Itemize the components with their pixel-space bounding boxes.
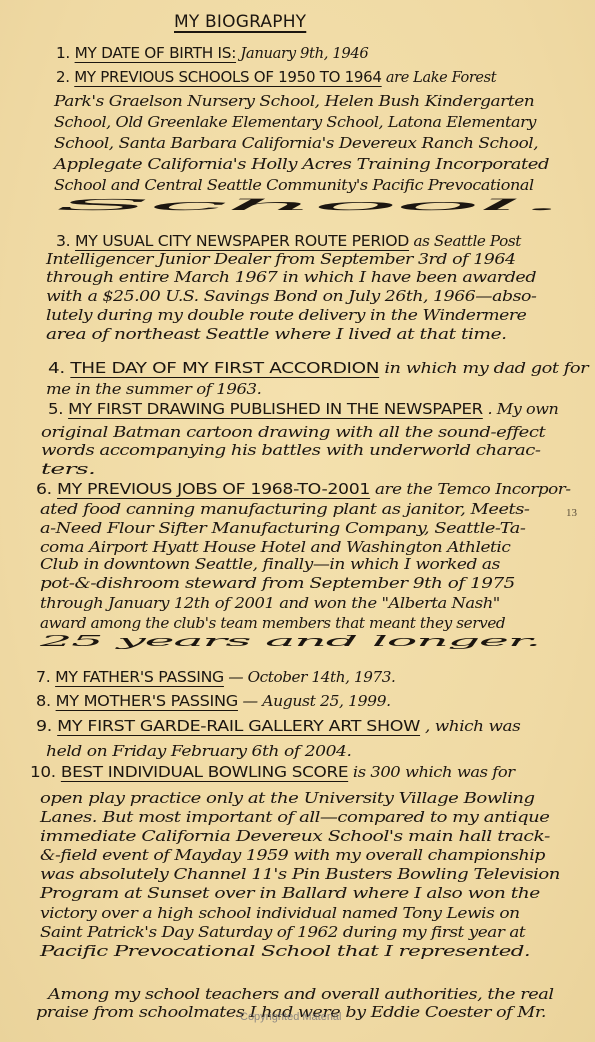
entry-text-line: School, Old Greenlake Elementary School,… — [54, 113, 536, 131]
copyright-watermark: Copyrighted Material — [240, 1011, 342, 1023]
entry-text-line: with a $25.00 U.S. Savings Bond on July … — [46, 287, 536, 305]
entry-text-line: School. — [54, 196, 561, 214]
entry-text: is 300 which was for — [348, 763, 514, 781]
entry-number: 2. — [56, 68, 74, 86]
entry-heading: MY USUAL CITY NEWSPAPER ROUTE PERIOD — [75, 232, 409, 250]
entry-text-line: area of northeast Seattle where I lived … — [46, 325, 507, 343]
entry-text: as Seattle Post — [409, 232, 521, 250]
entry-heading: MY PREVIOUS JOBS OF 1968-TO-2001 — [57, 480, 370, 498]
entry-heading-line: 6. MY PREVIOUS JOBS OF 1968-TO-2001 are … — [36, 480, 571, 498]
entry-number: 4. — [48, 359, 70, 377]
entry-text-line: through entire March 1967 in which I hav… — [46, 268, 536, 286]
entry-text: in which my dad got for — [379, 359, 588, 377]
entry-heading: THE DAY OF MY FIRST ACCORDION — [70, 359, 379, 377]
entry-heading-line: 8. MY MOTHER'S PASSING — August 25, 1999… — [36, 692, 391, 710]
entry-text-line: Park's Graelson Nursery School, Helen Bu… — [54, 92, 534, 110]
entry-number: 10. — [30, 763, 61, 781]
entry-number: 7. — [36, 668, 55, 686]
entry-text-line: Club in downtown Seattle, finally—in whi… — [40, 555, 500, 573]
entry-heading: MY MOTHER'S PASSING — [56, 692, 238, 710]
entry-heading-line: 9. MY FIRST GARDE-RAIL GALLERY ART SHOW … — [36, 717, 520, 735]
entry-heading: MY DATE OF BIRTH IS: — [75, 44, 236, 62]
entry-text-line: 25 years and longer. — [40, 632, 540, 650]
entry-text: — August 25, 1999. — [238, 692, 391, 710]
entry-number: 1. — [56, 44, 75, 62]
entry-text-line: &-field event of Mayday 1959 with my ove… — [40, 846, 545, 864]
entry-text-line: victory over a high school individual na… — [40, 904, 520, 922]
entry-text-line: award among the club's team members that… — [40, 614, 505, 632]
closing-text-line: Among my school teachers and overall aut… — [48, 985, 554, 1003]
entry-text-line: me in the summer of 1963. — [46, 380, 261, 398]
entry-text-line: pot-&-dishroom steward from September 9t… — [40, 574, 515, 592]
entry-heading-line: 4. THE DAY OF MY FIRST ACCORDION in whic… — [48, 359, 588, 377]
entry-heading: MY PREVIOUS SCHOOLS OF 1950 TO 1964 — [74, 68, 381, 86]
entry-heading-line: 5. MY FIRST DRAWING PUBLISHED IN THE NEW… — [48, 400, 558, 418]
entry-heading: BEST INDIVIDUAL BOWLING SCORE — [61, 763, 348, 781]
entry-heading-line: 2. MY PREVIOUS SCHOOLS OF 1950 TO 1964 a… — [56, 68, 496, 86]
entry-text-line: ated food canning manufacturing plant as… — [40, 500, 529, 518]
entry-text-line: through January 12th of 2001 and won the… — [40, 594, 500, 612]
entry-text-line: School and Central Seattle Community's P… — [54, 176, 534, 194]
entry-text: January 9th, 1946 — [236, 44, 368, 62]
entry-heading-line: 10. BEST INDIVIDUAL BOWLING SCORE is 300… — [30, 763, 515, 781]
entry-heading: MY FATHER'S PASSING — [55, 668, 224, 686]
page-number: 13 — [566, 507, 577, 519]
entry-number: 5. — [48, 400, 68, 418]
entry-text: — October 14th, 1973. — [224, 668, 396, 686]
entry-text-line: words accompanying his battles with unde… — [41, 441, 540, 459]
entry-number: 8. — [36, 692, 56, 710]
entry-text-line: immediate California Devereux School's m… — [40, 827, 550, 845]
entry-text-line: Lanes. But most important of all—compare… — [40, 808, 549, 826]
entry-text-line: Pacific Prevocational School that I repr… — [40, 942, 530, 960]
entry-heading: MY FIRST DRAWING PUBLISHED IN THE NEWSPA… — [68, 400, 483, 418]
entry-heading-line: 7. MY FATHER'S PASSING — October 14th, 1… — [36, 668, 395, 686]
entry-heading-line: 3. MY USUAL CITY NEWSPAPER ROUTE PERIOD … — [56, 232, 521, 250]
entry-text: are Lake Forest — [382, 68, 496, 86]
entry-heading-line: 1. MY DATE OF BIRTH IS: January 9th, 194… — [56, 44, 368, 62]
entry-number: 3. — [56, 232, 75, 250]
entry-text-line: coma Airport Hyatt House Hotel and Washi… — [40, 538, 510, 556]
entry-text-line: Saint Patrick's Day Saturday of 1962 dur… — [40, 923, 525, 941]
document-page: MY BIOGRAPHY 1. MY DATE OF BIRTH IS: Jan… — [0, 0, 595, 1042]
entry-text-line: open play practice only at the Universit… — [40, 789, 535, 807]
entry-heading: MY FIRST GARDE-RAIL GALLERY ART SHOW — [57, 717, 420, 735]
entry-text: are the Temco Incorpor- — [370, 480, 570, 498]
entry-text-line: was absolutely Channel 11's Pin Busters … — [40, 865, 560, 883]
page-title: MY BIOGRAPHY — [174, 12, 306, 32]
entry-number: 9. — [36, 717, 57, 735]
entry-text-line: Applegate California's Holly Acres Train… — [54, 155, 549, 173]
entry-text: , which was — [420, 717, 520, 735]
entry-text-line: lutely during my double route delivery i… — [46, 306, 526, 324]
entry-text-line: held on Friday February 6th of 2004. — [46, 742, 351, 760]
entry-text-line: ters. — [41, 460, 95, 478]
entry-text-line: original Batman cartoon drawing with all… — [41, 423, 545, 441]
entry-number: 6. — [36, 480, 57, 498]
entry-text-line: School, Santa Barbara California's Dever… — [54, 134, 538, 152]
entry-text-line: Program at Sunset over in Ballard where … — [40, 884, 540, 902]
entry-text-line: Intelligencer Junior Dealer from Septemb… — [46, 250, 516, 268]
entry-text-line: a-Need Flour Sifter Manufacturing Compan… — [40, 519, 525, 537]
entry-text: . My own — [483, 400, 559, 418]
